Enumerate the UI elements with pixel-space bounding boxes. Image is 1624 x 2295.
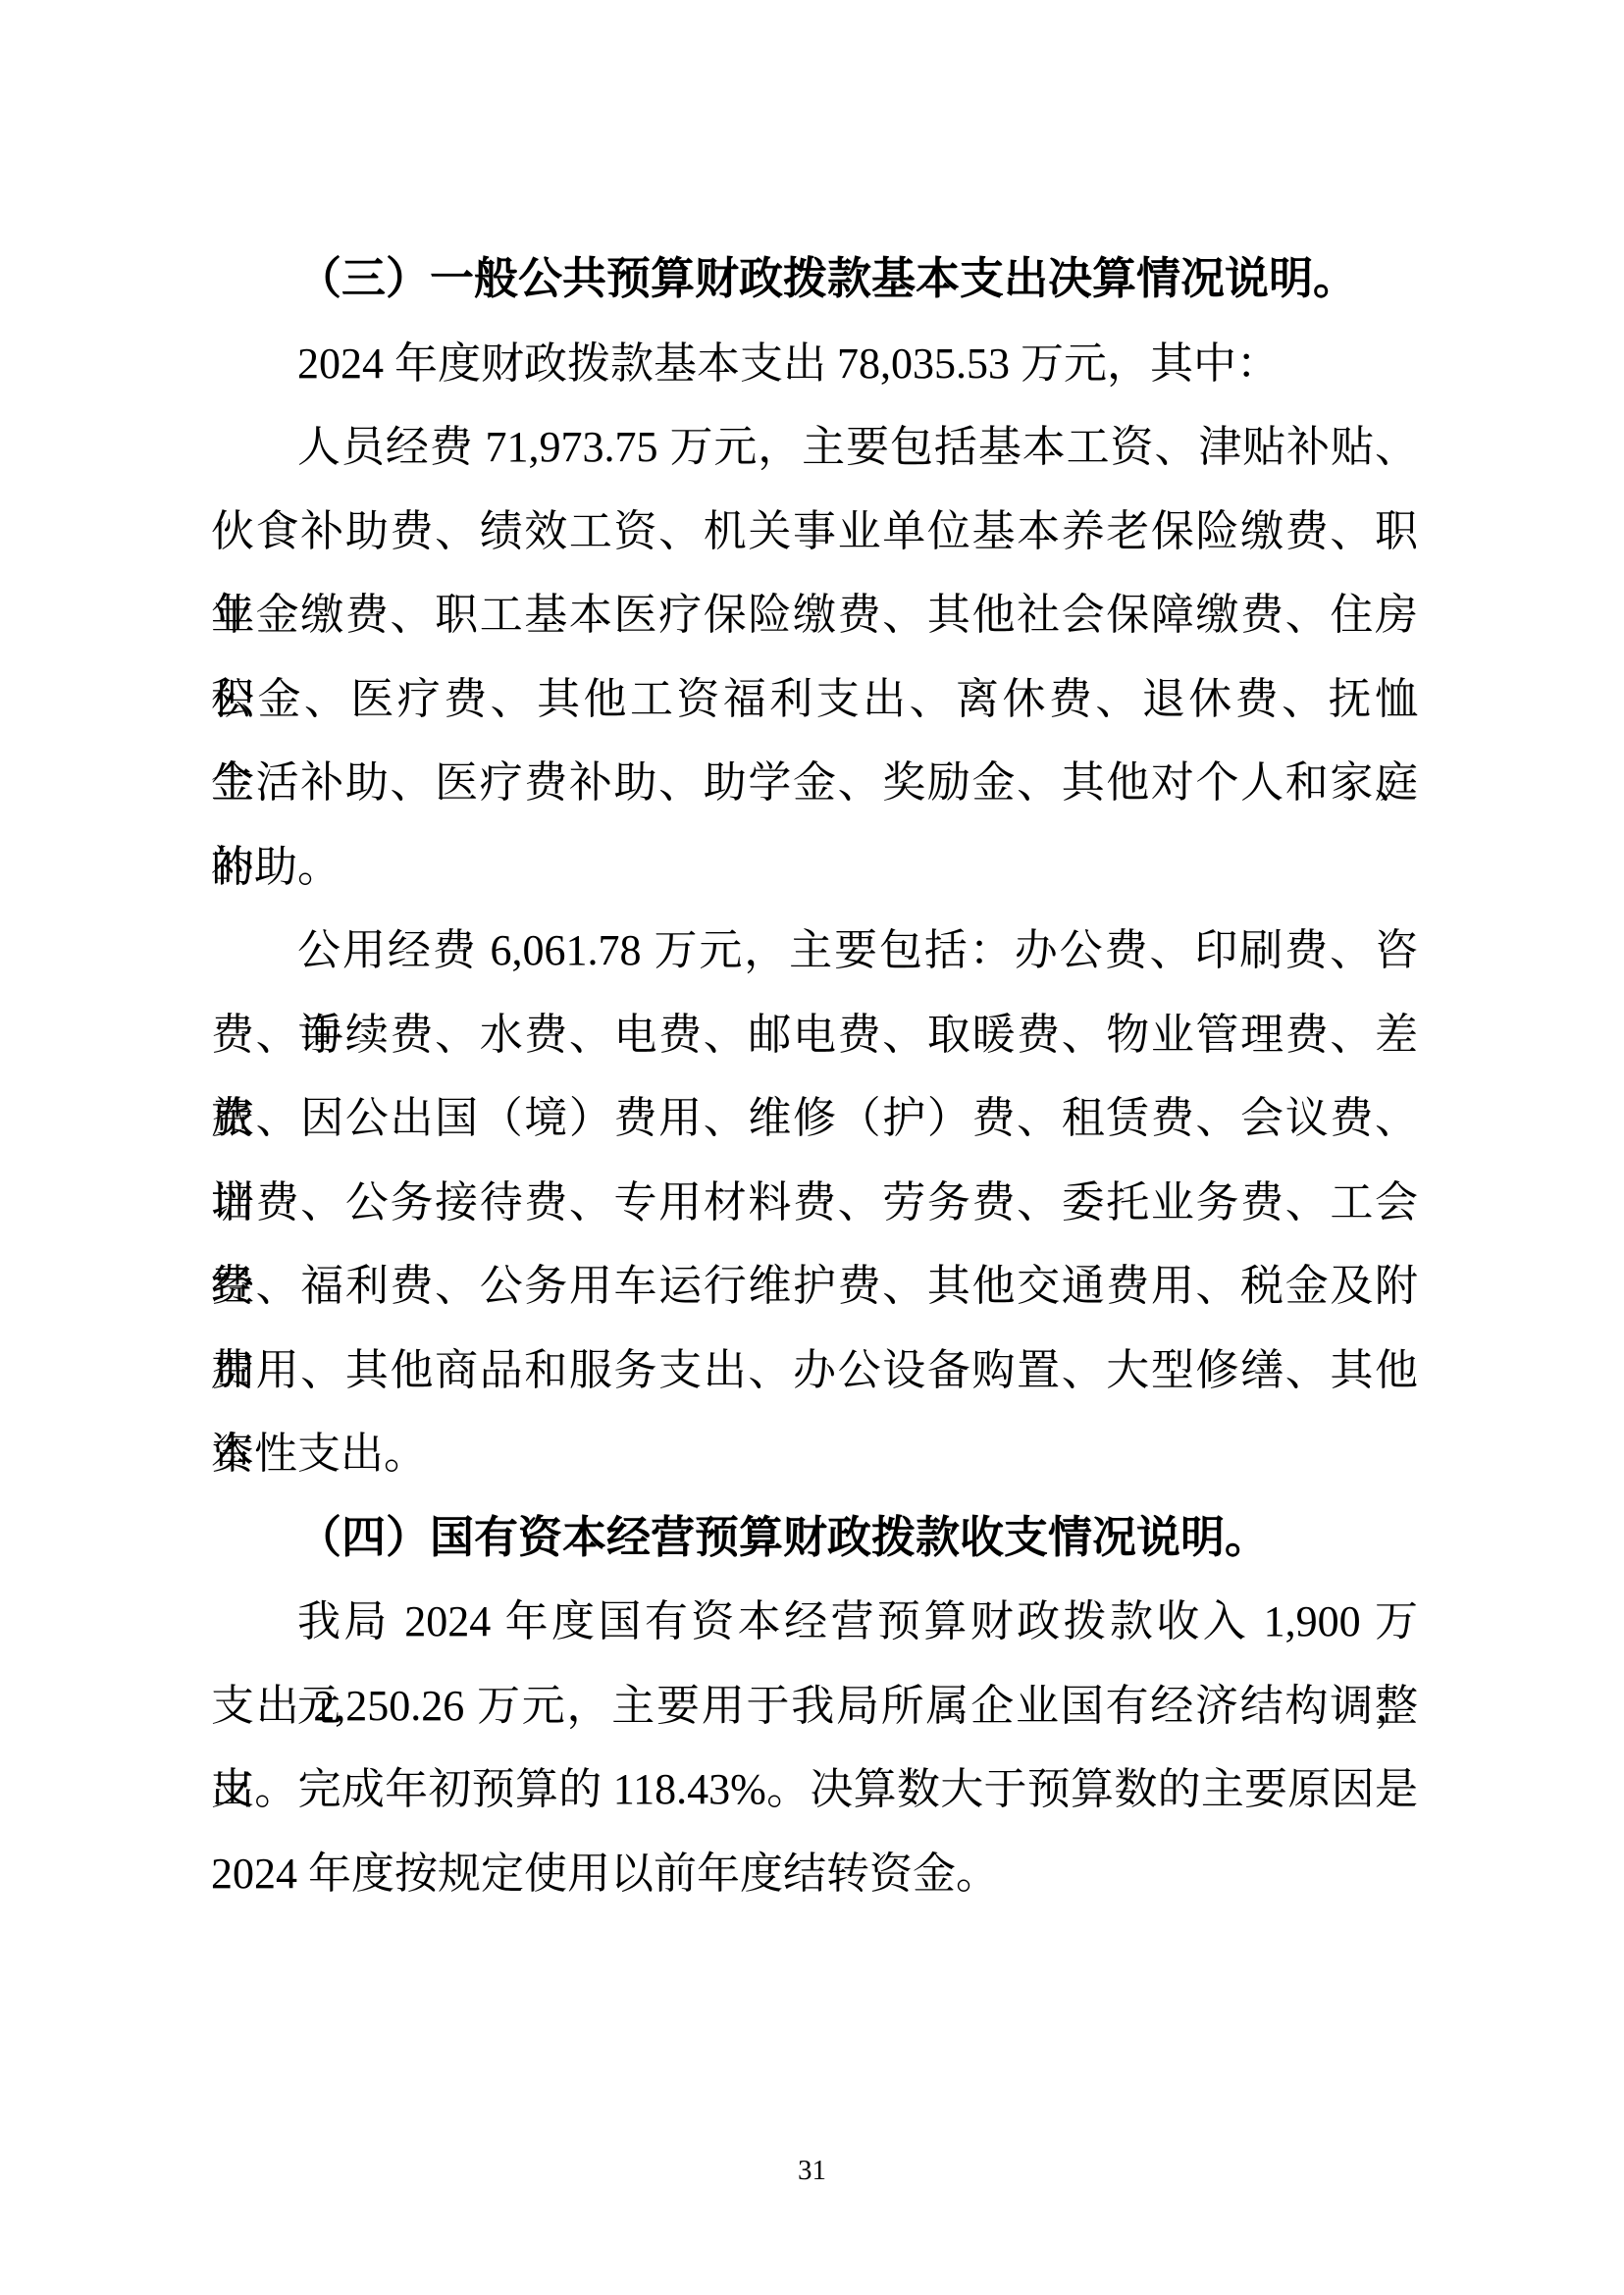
paragraph-line: 积金、医疗费、其他工资福利支出、离休费、退休费、抚恤金、 — [211, 657, 1418, 742]
paragraph-line: 支出 2,250.26 万元，主要用于我局所属企业国有经济结构调整支 — [211, 1664, 1418, 1748]
page-number: 31 — [0, 2151, 1624, 2190]
paragraph-line: 人员经费 71,973.75 万元，主要包括基本工资、津贴补贴、 — [211, 405, 1418, 490]
paragraph-line: 年金缴费、职工基本医疗保险缴费、其他社会保障缴费、住房公 — [211, 573, 1418, 657]
section-heading-basic-expenditure: （三）一般公共预算财政拨款基本支出决算情况说明。 — [211, 237, 1418, 322]
paragraph-line: 补助。 — [211, 825, 1418, 910]
paragraph-line: 伙食补助费、绩效工资、机关事业单位基本养老保险缴费、职业 — [211, 490, 1418, 574]
document-body: （三）一般公共预算财政拨款基本支出决算情况说明。 2024 年度财政拨款基本支出… — [211, 237, 1418, 1915]
paragraph-line: 费、福利费、公务用车运行维护费、其他交通费用、税金及附加 — [211, 1244, 1418, 1329]
section-heading-state-capital: （四）国有资本经营预算财政拨款收支情况说明。 — [211, 1496, 1418, 1581]
paragraph-line: 2024 年度财政拨款基本支出 78,035.53 万元，其中： — [211, 322, 1418, 406]
paragraph-line: 生活补助、医疗费补助、助学金、奖励金、其他对个人和家庭的 — [211, 741, 1418, 825]
paragraph-line: 训费、公务接待费、专用材料费、劳务费、委托业务费、工会经 — [211, 1161, 1418, 1245]
paragraph-line: 公用经费 6,061.78 万元，主要包括：办公费、印刷费、咨询 — [211, 909, 1418, 993]
paragraph-line: 2024 年度按规定使用以前年度结转资金。 — [211, 1832, 1418, 1916]
paragraph-line: 出。完成年初预算的 118.43%。决算数大于预算数的主要原因是 — [211, 1747, 1418, 1832]
paragraph-line: 费、手续费、水费、电费、邮电费、取暖费、物业管理费、差旅 — [211, 993, 1418, 1077]
paragraph-line: 我局 2024 年度国有资本经营预算财政拨款收入 1,900 万元， — [211, 1580, 1418, 1664]
paragraph-line: 费、因公出国（境）费用、维修（护）费、租赁费、会议费、培 — [211, 1076, 1418, 1161]
paragraph-line: 费用、其他商品和服务支出、办公设备购置、大型修缮、其他资 — [211, 1329, 1418, 1413]
document-page: （三）一般公共预算财政拨款基本支出决算情况说明。 2024 年度财政拨款基本支出… — [0, 0, 1624, 2295]
paragraph-line: 本性支出。 — [211, 1412, 1418, 1496]
